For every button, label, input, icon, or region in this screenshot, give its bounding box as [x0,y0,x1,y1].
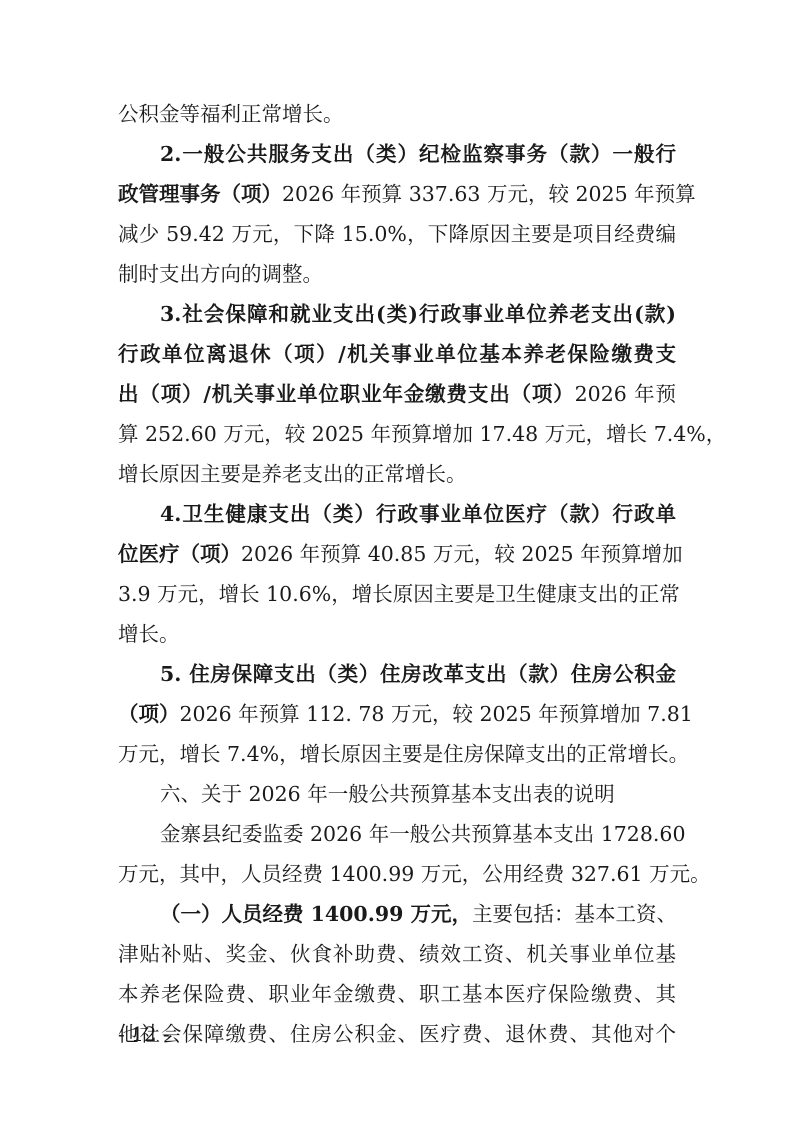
body-text: 2026 年预算 337.63 万元，较 2025 年预算 [282,182,696,206]
text-line: 本养老保险费、职业年金缴费、职工基本医疗保险缴费、其 [118,980,676,1008]
text-line: 出（项）/机关事业单位职业年金缴费支出（项）2026 年预 [118,380,676,408]
body-text: 增长。 [118,622,180,646]
body-text: 算 252.60 万元，较 2025 年预算增加 17.48 万元，增长 7.4… [118,422,726,446]
text-line: 5. 住房保障支出（类）住房改革支出（款）住房公积金 [160,660,676,688]
body-text: 主要包括：基本工资、 [472,902,677,926]
bold-heading-text: 出（项）/机关事业单位职业年金缴费支出（项） [118,382,575,406]
text-line: 公积金等福利正常增长。 [118,100,344,128]
body-text: 3.9 万元，增长 10.6%，增长原因主要是卫生健康支出的正常 [118,582,680,606]
body-text: 六、关于 2026 年一般公共预算基本支出表的说明 [160,782,615,806]
text-line: 2.一般公共服务支出（类）纪检监察事务（款）一般行 [160,140,676,168]
text-line: （项）2026 年预算 112. 78 万元，较 2025 年预算增加 7.81 [118,700,676,728]
body-text: 万元，其中，人员经费 1400.99 万元，公用经费 327.61 万元。 [118,862,711,886]
body-text: 他社会保障缴费、住房公积金、医疗费、退休费、其他对个 [118,1022,676,1046]
body-text: 2026 年预算 112. 78 万元，较 2025 年预算增加 7.81 [180,702,693,726]
text-line: 增长。 [118,620,180,648]
text-line: 增长原因主要是养老支出的正常增长。 [118,460,467,488]
body-text: 减少 59.42 万元，下降 15.0%，下降原因主要是项目经费编 [118,222,676,246]
bold-heading-text: 3.社会保障和就业支出(类)行政事业单位养老支出(款) [160,302,676,326]
text-line: 他社会保障缴费、住房公积金、医疗费、退休费、其他对个 [118,1020,676,1048]
text-line: （一）人员经费 1400.99 万元，主要包括：基本工资、 [160,900,676,928]
text-line: 万元，其中，人员经费 1400.99 万元，公用经费 327.61 万元。 [118,860,676,888]
body-text: 2026 年预算 40.85 万元，较 2025 年预算增加 [241,542,683,566]
text-line: 算 252.60 万元，较 2025 年预算增加 17.48 万元，增长 7.4… [118,420,676,448]
text-line: 津贴补贴、奖金、伙食补助费、绩效工资、机关事业单位基 [118,940,676,968]
body-text: 制时支出方向的调整。 [118,262,323,286]
body-text: 本养老保险费、职业年金缴费、职工基本医疗保险缴费、其 [118,982,676,1006]
bold-heading-text: 位医疗（项） [118,542,241,566]
text-line: 行政单位离退休（项）/机关事业单位基本养老保险缴费支 [118,340,676,368]
bold-heading-text: 行政单位离退休（项）/机关事业单位基本养老保险缴费支 [118,342,676,366]
text-line: 4.卫生健康支出（类）行政事业单位医疗（款）行政单 [160,500,676,528]
page-number: - 12 - [118,1022,170,1046]
bold-heading-text: 政管理事务（项） [118,182,282,206]
bold-heading-text: （一）人员经费 1400.99 万元， [160,902,472,926]
body-text: 津贴补贴、奖金、伙食补助费、绩效工资、机关事业单位基 [118,942,676,966]
bold-heading-text: 2.一般公共服务支出（类）纪检监察事务（款）一般行 [160,142,676,166]
text-line: 位医疗（项）2026 年预算 40.85 万元，较 2025 年预算增加 [118,540,676,568]
body-text: 金寨县纪委监委 2026 年一般公共预算基本支出 1728.60 [160,822,686,846]
text-line: 政管理事务（项）2026 年预算 337.63 万元，较 2025 年预算 [118,180,676,208]
body-text: 万元，增长 7.4%，增长原因主要是住房保障支出的正常增长。 [118,742,689,766]
text-line: 制时支出方向的调整。 [118,260,323,288]
text-line: 减少 59.42 万元，下降 15.0%，下降原因主要是项目经费编 [118,220,676,248]
text-line: 3.9 万元，增长 10.6%，增长原因主要是卫生健康支出的正常 [118,580,676,608]
text-line: 六、关于 2026 年一般公共预算基本支出表的说明 [160,780,615,808]
body-text: 公积金等福利正常增长。 [118,102,344,126]
bold-heading-text: 5. 住房保障支出（类）住房改革支出（款）住房公积金 [160,662,676,686]
body-text: 增长原因主要是养老支出的正常增长。 [118,462,467,486]
bold-heading-text: （项） [118,702,180,726]
text-line: 金寨县纪委监委 2026 年一般公共预算基本支出 1728.60 [160,820,676,848]
text-line: 3.社会保障和就业支出(类)行政事业单位养老支出(款) [160,300,676,328]
body-text: 2026 年预 [575,382,676,406]
bold-heading-text: 4.卫生健康支出（类）行政事业单位医疗（款）行政单 [160,502,676,526]
text-line: 万元，增长 7.4%，增长原因主要是住房保障支出的正常增长。 [118,740,676,768]
